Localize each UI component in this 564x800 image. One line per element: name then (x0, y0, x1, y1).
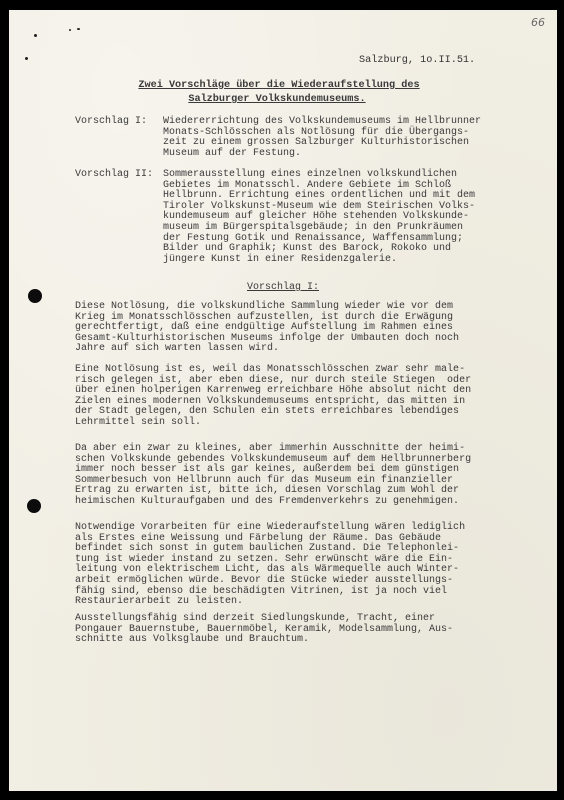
paragraph-5: Ausstellungsfähig sind derzeit Siedlungs… (75, 614, 553, 646)
proposal-1-label: Vorschlag I: (75, 117, 147, 128)
ink-speck (25, 57, 28, 60)
proposal-2-text: Sommerausstellung eines einzelnen volksk… (163, 170, 553, 265)
ink-speck (34, 34, 37, 37)
page-number: 66 (531, 18, 545, 29)
proposal-2-label: Vorschlag II: (75, 170, 153, 181)
document-title-line-1: Zwei Vorschläge über die Wiederaufstellu… (5, 81, 553, 92)
ink-speck (69, 29, 71, 31)
document-title-line-2: Salzburger Volkskundemuseums. (3, 95, 551, 106)
date-line: Salzburg, 1o.II.51. (359, 56, 475, 67)
ink-speck (77, 28, 80, 30)
proposal-1-text: Wiedererrichtung des Volkskundemuseums i… (163, 117, 553, 159)
document-page: 66 Salzburg, 1o.II.51. Zwei Vorschläge ü… (9, 10, 557, 791)
punch-hole (27, 499, 41, 513)
section-heading: Vorschlag I: (9, 283, 557, 294)
paragraph-4: Notwendige Vorarbeiten für eine Wiederau… (75, 523, 553, 608)
paragraph-1: Diese Notlösung, die volkskundliche Samm… (75, 302, 553, 355)
paragraph-2: Eine Notlösung ist es, weil das Monatssc… (75, 365, 553, 429)
paragraph-3: Da aber ein zwar zu kleines, aber immerh… (75, 444, 553, 508)
